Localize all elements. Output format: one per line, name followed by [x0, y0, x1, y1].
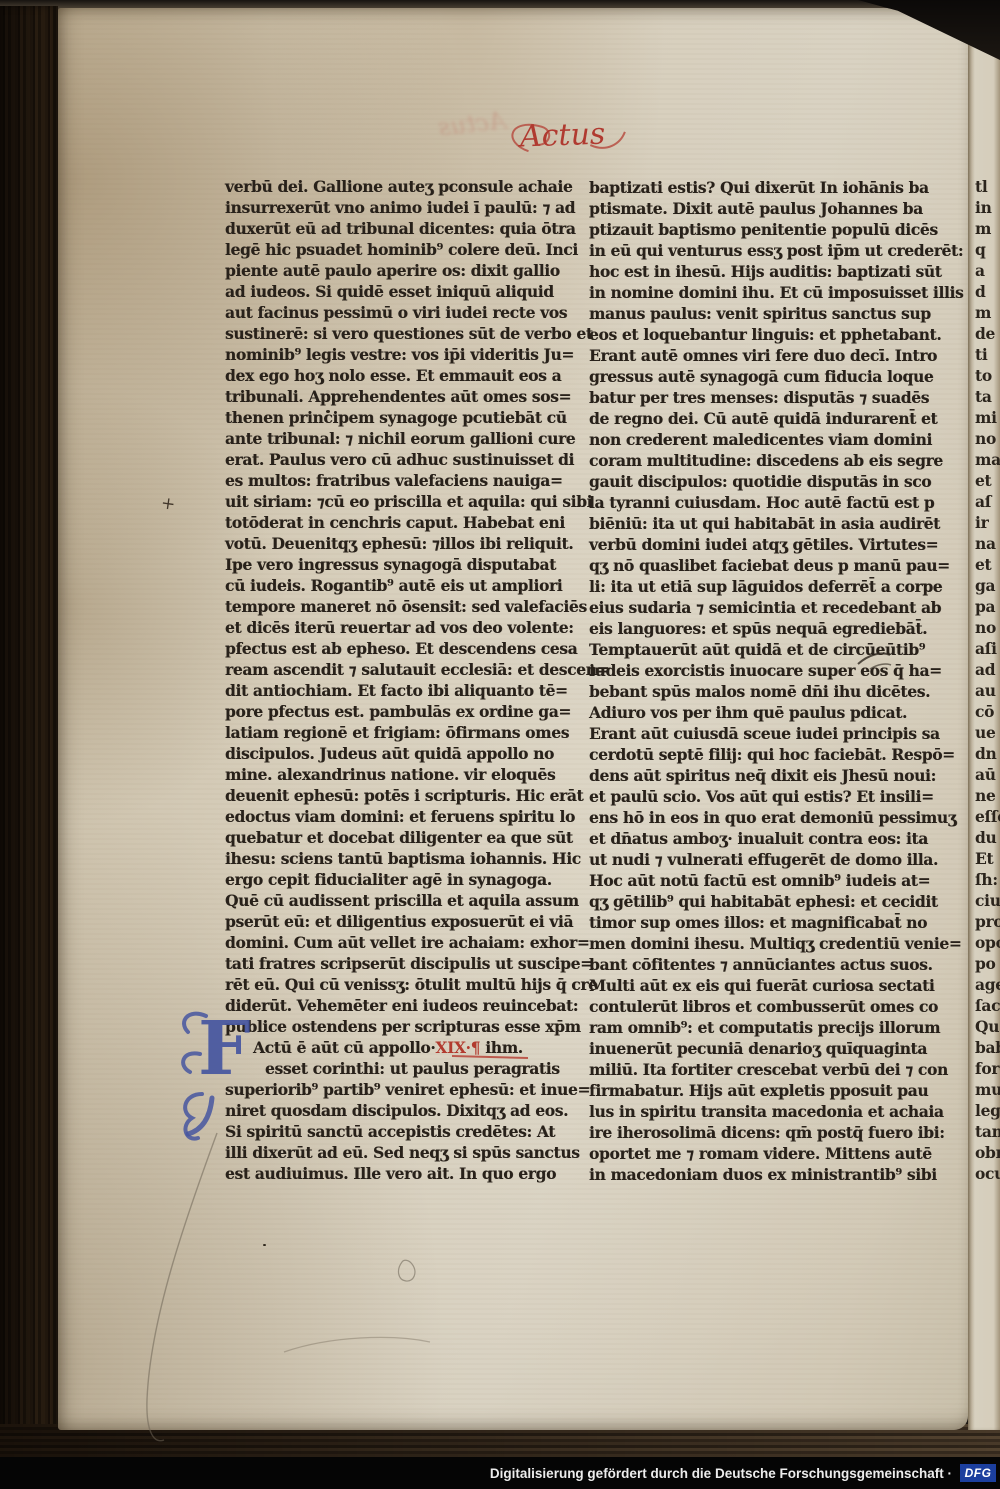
fragment-line: cō [975, 701, 1000, 722]
text-line: tati fratres scripserūt discipulis ut su… [225, 953, 577, 974]
text-line: manus paulus: venit spiritus sanctus sup [589, 303, 941, 324]
text-line: dens aūt spiritus neq̄ dixit eis Jhesū n… [589, 765, 941, 786]
fragment-line: ga [975, 575, 1000, 596]
text-column-left: verbū dei. Gallione auteʒ pconsule achai… [225, 176, 577, 1184]
text-line: ergo cepit fiducialiter agē in synagoga. [225, 869, 577, 890]
text-line: li: ita ut etiā sup lāguidos deferrēt̄ a… [589, 576, 941, 597]
fragment-line: ſacr [975, 995, 1000, 1016]
fragment-line: aſi [975, 638, 1000, 659]
text-line: ad iudeos. Si quidē esset iniquū aliquid [225, 281, 577, 302]
text-line: timor sup omes illos: et magnificabat̄ n… [589, 912, 941, 933]
text-line: gauit discipulos: quotidie disputās in s… [589, 471, 941, 492]
text-line: quebatur et docebat diligenter ea que sū… [225, 827, 577, 848]
text-line: in macedoniam duos ex ministrantib⁹ sibi [589, 1164, 941, 1185]
text-line: firmabatur. Hijs aūt expletis pposuit pa… [589, 1080, 941, 1101]
text-line: duxerūt eū ad tribunal dicentes: quia ōt… [225, 218, 577, 239]
text-line: ante tribunal: ⁊ nichil eorum gallioni c… [225, 428, 577, 449]
running-title-text: Actus [519, 117, 605, 155]
fragment-line: d [975, 281, 1000, 302]
text-line: cerdotū septē filij: qui hoc faciebāt. R… [589, 744, 941, 765]
text-line: piente autē paulo aperire os: dixit gall… [225, 260, 577, 281]
fragment-line: ta [975, 386, 1000, 407]
text-line: rēt eū. Qui cū venissʒ: ōtulit multū hij… [225, 974, 577, 995]
text-line: non crederent maledicentes viam domini [589, 429, 941, 450]
text-line: contulerūt libros et combusserūt omes co [589, 996, 941, 1017]
text-line: Erant aūt cuiusdā sceue iudei principis … [589, 723, 941, 744]
fragment-line: ad [975, 659, 1000, 680]
fragment-line: et [975, 470, 1000, 491]
fragment-line: no [975, 617, 1000, 638]
text-line: bant cōfitentes ⁊ annūciantes actus suos… [589, 954, 941, 975]
text-line: baptizati estis? Qui dixerūt In iohānis … [589, 177, 941, 198]
fragment-line: bab [975, 1037, 1000, 1058]
fragment-line: legi [975, 1100, 1000, 1121]
text-line: lus in spiritu transita macedonia et ach… [589, 1101, 941, 1122]
text-line: in nomine domini ihu. Et cū imposuisset … [589, 282, 941, 303]
text-line: illi dixerūt ad eū. Sed neqʒ si spūs san… [225, 1142, 577, 1163]
text-line: uit siriam: ⁊cū eo priscilla et aquila: … [225, 491, 577, 512]
text-column-right: baptizati estis? Qui dixerūt In iohānis … [589, 177, 941, 1185]
initial-letter: F [198, 1012, 251, 1086]
fragment-line: a [975, 260, 1000, 281]
fragment-line: ir [975, 512, 1000, 533]
text-line: dex ego hoʒ nolo esse. Et emmauit eos a [225, 365, 577, 386]
fragment-line: Qu [975, 1016, 1000, 1037]
text-line: Erant autē omnes viri fere duo decī. Int… [589, 345, 941, 366]
fragment-line: mui [975, 1079, 1000, 1100]
fragment-line: q [975, 239, 1000, 260]
fragment-line: po [975, 953, 1000, 974]
fragment-line: to [975, 365, 1000, 386]
text-line: publice ostendens per scripturas esse xp… [225, 1016, 577, 1037]
footer-credit-text: Digitalisierung gefördert durch die Deut… [490, 1466, 952, 1481]
text-line: dit antiochiam. Et facto ibi aliquanto t… [225, 680, 577, 701]
fragment-line: au [975, 680, 1000, 701]
fragment-line: fore [975, 1058, 1000, 1079]
fragment-line: ma [975, 449, 1000, 470]
text-line: men domini ihesu. Multiqʒ credentiū veni… [589, 933, 941, 954]
fragment-line: no [975, 428, 1000, 449]
text-line: legē hic psuadet hominib⁹ colere deū. In… [225, 239, 577, 260]
text-line: in eū qui venturus essʒ post ip̄m ut cre… [589, 240, 941, 261]
text-line: discipulos. Judeus aūt quidā appollo no [225, 743, 577, 764]
text-line: niret quosdam discipulos. Dixitqʒ ad eos… [225, 1100, 577, 1121]
running-title-rubric: Actus [497, 108, 629, 165]
text-line: oportet me ⁊ romam videre. Mittens autē [589, 1143, 941, 1164]
text-line: qʒ nō quaslibet faciebat deus p manū pau… [589, 555, 941, 576]
text-line: deuenit ephesū: potēs i scripturis. Hic … [225, 785, 577, 806]
text-line: verbū domini iudei atqʒ gētiles. Virtute… [589, 534, 941, 555]
decorated-initial-F: F [172, 1002, 258, 1152]
text-line: ptizauit baptismo penitentie populū dicē… [589, 219, 941, 240]
text-line: nominib⁹ legis vestre: vos ip̄i videriti… [225, 344, 577, 365]
fragment-line: dn [975, 743, 1000, 764]
text-line: Ipe vero ingressus synagogā disputabat [225, 554, 577, 575]
text-line: es multos: fratribus valefaciens nauiga= [225, 470, 577, 491]
text-line: Hoc aūt notū factū est omnib⁹ iudeis at= [589, 870, 941, 891]
text-line: de regno dei. Cū autē quidā indurarent̄ … [589, 408, 941, 429]
text-line: edoctus viam domini: et feruens spiritu … [225, 806, 577, 827]
ink-speck [263, 1244, 266, 1246]
fragment-line: ue [975, 722, 1000, 743]
text-line: esset corinthi: ut paulus peragratis [225, 1058, 577, 1079]
fragment-line: eſſo [975, 806, 1000, 827]
next-page-edge: tlinmqadmdetitotaminomaetaſirnaetgapanoa… [968, 8, 1000, 1430]
fragment-line: na [975, 533, 1000, 554]
text-line: Actū ē aūt cū appollo·XIX·¶ ihm. [225, 1037, 577, 1058]
fragment-line: m [975, 218, 1000, 239]
text-line: et dn̄atus amboʒ· inualuit contra eos: i… [589, 828, 941, 849]
text-line: iudeis exorcistis inuocare super eos q̄ … [589, 660, 941, 681]
text-line: qʒ gētilib⁹ qui habitabāt ephesi: et cec… [589, 891, 941, 912]
text-line: domini. Cum aūt vellet ire achaiam: exho… [225, 932, 577, 953]
digitization-footer-bar: Digitalisierung gefördert durch die Deut… [0, 1457, 1000, 1489]
text-line: erat. Paulus vero cū adhuc sustinuisset … [225, 449, 577, 470]
text-line: ire iherosolimā dicens: qm̄ postq̄ fuero… [589, 1122, 941, 1143]
text-line: eis languores: et spūs nequā egrediebāt̄… [589, 618, 941, 639]
text-line: est audiuimus. Ille vero ait. In quo erg… [225, 1163, 577, 1184]
digitized-manuscript-page: tlinmqadmdetitotaminomaetaſirnaetgapanoa… [0, 0, 1000, 1489]
text-line: eos et loquebantur linguis: et pphetaban… [589, 324, 941, 345]
fragment-line: age [975, 974, 1000, 995]
fragment-line: in [975, 197, 1000, 218]
text-line: la tyranni cuiusdam. Hoc autē factū est … [589, 492, 941, 513]
fragment-line: pro [975, 911, 1000, 932]
text-line: inuenerūt pecuniā denarioʒ quīquaginta [589, 1038, 941, 1059]
text-line: et paulū scio. Vos aūt qui estis? Et ins… [589, 786, 941, 807]
text-line: hoc est in ihesū. Hijs auditis: baptizat… [589, 261, 941, 282]
text-line: superiorib⁹ partib⁹ veniret ephesū: et i… [225, 1079, 577, 1100]
fragment-line: mi [975, 407, 1000, 428]
text-line: totōderat in cenchris caput. Habebat eni [225, 512, 577, 533]
book-binding-page-stack-left [0, 6, 58, 1468]
text-line: bebant spūs malos nomē dn̄i ihu dicētes. [589, 681, 941, 702]
text-line: pserūt eū: et diligentius exposuerūt ei … [225, 911, 577, 932]
text-line: ihesu: sciens tantū baptisma iohannis. H… [225, 848, 577, 869]
text-line: Adiuro vos per ihm quē paulus pdicat. [589, 702, 941, 723]
text-line: ptismate. Dixit autē paulus Johannes ba [589, 198, 941, 219]
text-line: ens hō in eos in quo erat demoniū pessim… [589, 807, 941, 828]
text-line: pfectus est ab epheso. Et descendens ces… [225, 638, 577, 659]
text-line: ram omnib⁹: et computatis precijs illoru… [589, 1017, 941, 1038]
fragment-line: et [975, 554, 1000, 575]
text-line: mine. alexandrinus natione. vir eloquēs [225, 764, 577, 785]
fragment-line: du [975, 827, 1000, 848]
fragment-line: ocu [975, 1163, 1000, 1184]
margin-cross-mark: + [160, 493, 177, 515]
text-line: Quē cū audissent priscilla et aquila ass… [225, 890, 577, 911]
next-page-text-fragments: tlinmqadmdetitotaminomaetaſirnaetgapanoa… [975, 176, 1000, 1184]
text-line: eius sudaria ⁊ semicintia et recedebant … [589, 597, 941, 618]
text-line: pore pfectus est. pambulās ex ordine ga= [225, 701, 577, 722]
dfg-logo: DFG [960, 1464, 996, 1482]
text-line: Temptauerūt aūt quidā et de circūeūtib⁹ [589, 639, 941, 660]
fragment-line: aſ [975, 491, 1000, 512]
fragment-line: tl [975, 176, 1000, 197]
fragment-line: tam [975, 1121, 1000, 1142]
fragment-line: aū [975, 764, 1000, 785]
fragment-line: m [975, 302, 1000, 323]
fragment-line: ti [975, 344, 1000, 365]
text-line: sustinerē: si vero questiones sūt de ver… [225, 323, 577, 344]
text-line: Si spiritū sanctū accepistis credētes: A… [225, 1121, 577, 1142]
text-line: biēniū: ita ut qui habitabāt in asia aud… [589, 513, 941, 534]
text-line: aut facinus pessimū o viri iudei recte v… [225, 302, 577, 323]
text-line: insurrexerūt vno animo iudei ī paulū: ⁊ … [225, 197, 577, 218]
fragment-line: de [975, 323, 1000, 344]
text-line: et dicēs iterū reuertar ad vos deo volen… [225, 617, 577, 638]
fragment-line: Et [975, 848, 1000, 869]
text-line: ut nudi ⁊ vulnerati effugerēt de domo il… [589, 849, 941, 870]
fragment-line: ciui [975, 890, 1000, 911]
fragment-line: ne [975, 785, 1000, 806]
fragment-line: opo [975, 932, 1000, 953]
text-line: gressus autē synagogā cum fiducia loque [589, 366, 941, 387]
text-line: diderūt. Vehemēter eni iudeos reuincebat… [225, 995, 577, 1016]
fragment-line: ſh: [975, 869, 1000, 890]
text-line: votū. Deuenitqʒ ephesū: ⁊illos ibi reliq… [225, 533, 577, 554]
text-line: latiam regionē et frigiam: ōfirmans omes [225, 722, 577, 743]
chapter-number-rubric: XIX·¶ [435, 1038, 480, 1057]
text-line: batur per tres menses: disputās ⁊ suadēs [589, 387, 941, 408]
text-line: coram multitudine: discedens ab eis segr… [589, 450, 941, 471]
text-line: thenen principem synagoge pcutiebāt cū [225, 407, 577, 428]
text-line: Multi aūt ex eis qui fuerāt curiosa sect… [589, 975, 941, 996]
fragment-line: obn [975, 1142, 1000, 1163]
text-line: tempore maneret nō ōsensit: sed valefaci… [225, 596, 577, 617]
text-line: ream ascendit ⁊ salutauit ecclesiā: et d… [225, 659, 577, 680]
text-line: cū iudeis. Rogantib⁹ autē eis ut amplior… [225, 575, 577, 596]
text-line: miliū. Ita fortiter crescebat verbū dei … [589, 1059, 941, 1080]
text-line: verbū dei. Gallione auteʒ pconsule achai… [225, 176, 577, 197]
fragment-line: pa [975, 596, 1000, 617]
text-line: tribunali. Apprehendentes aūt omes sos= [225, 386, 577, 407]
